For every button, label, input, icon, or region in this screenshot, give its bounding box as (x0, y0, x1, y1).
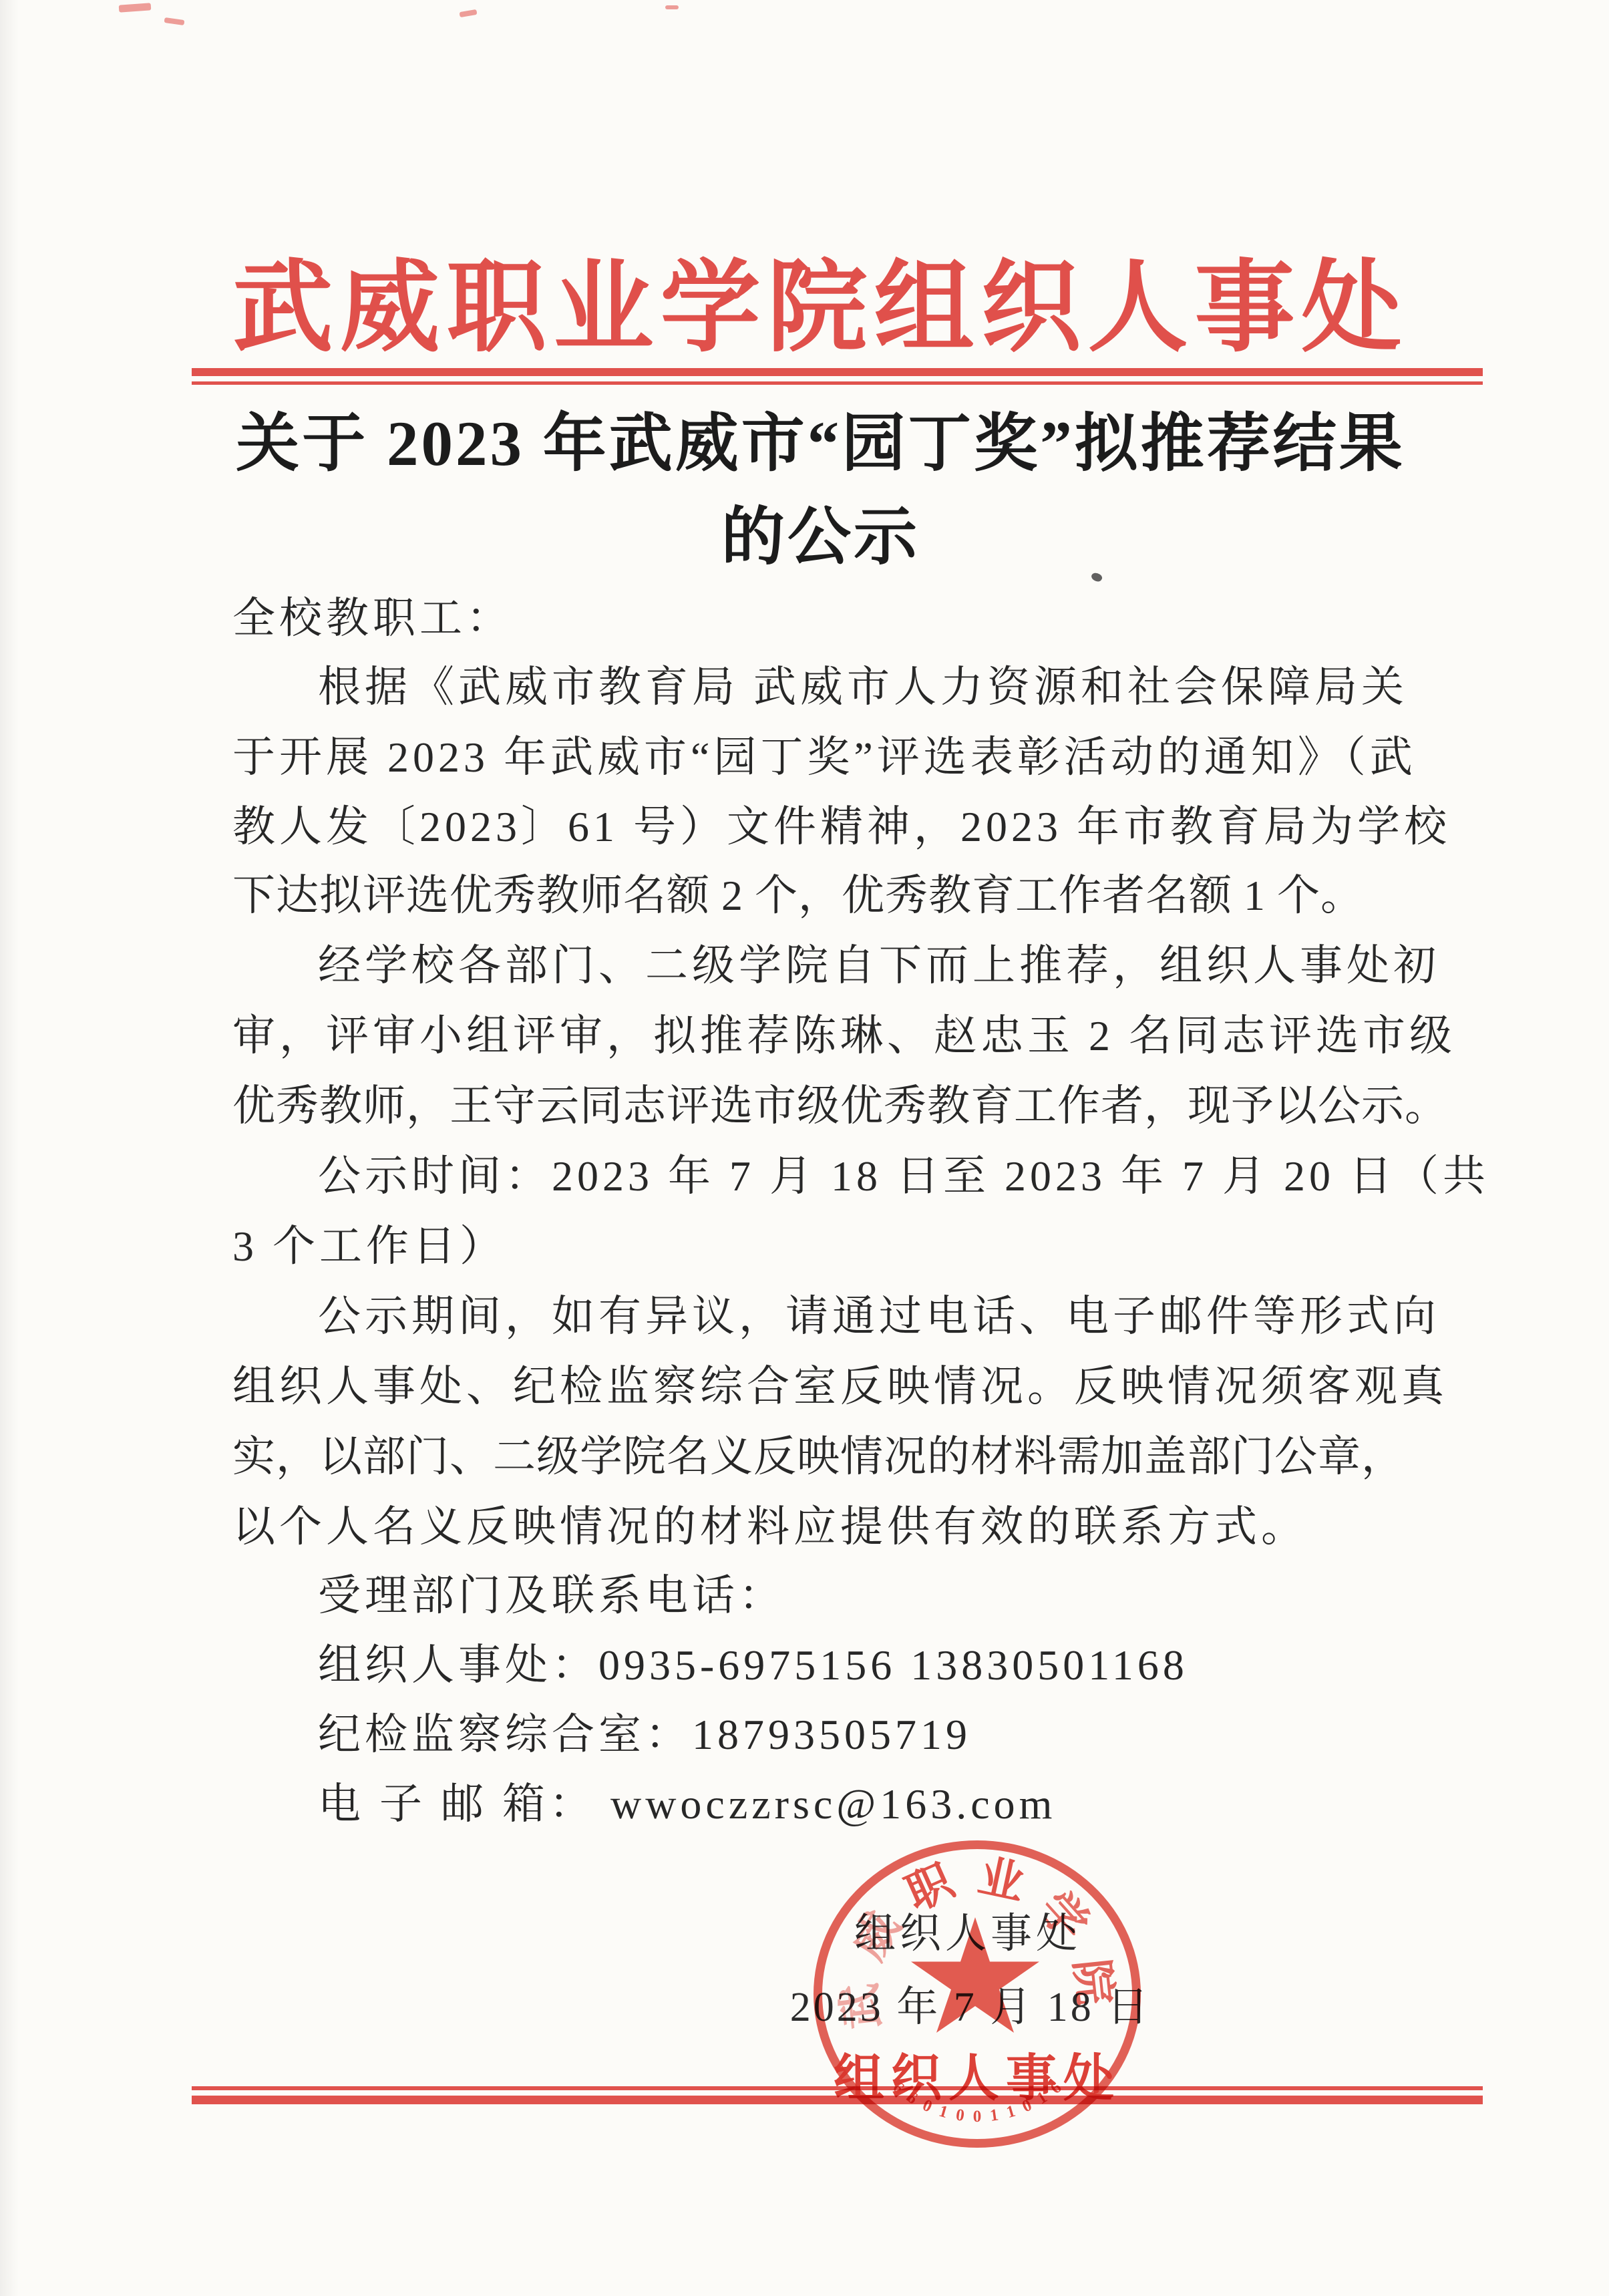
notice-title-line1: 关于 2023 年武威市“园丁奖”拟推荐结果 (16, 409, 1609, 479)
body-line: 3 个工作日） (232, 1222, 1501, 1271)
scan-speck (665, 5, 679, 9)
letterhead-rule-thick (192, 368, 1483, 376)
seal-arc-char: 武 (823, 1981, 892, 2033)
ink-speck (1090, 571, 1103, 584)
seal-arc-char: 业 (973, 1840, 1031, 1913)
body-line: 下达拟评选优秀教师名额 2 个，优秀教育工作者名额 1 个。 (232, 872, 1501, 920)
contact-phone-line: 纪检监察综合室：18793505719 (232, 1711, 1587, 1759)
seal-arc-char: 学 (1027, 1875, 1106, 1952)
body-line: 根据《武威市教育局 武威市人力资源和社会保障局关 (232, 663, 1587, 711)
contact-phone-line: 组织人事处：0935-6975156 13830501168 (232, 1641, 1587, 1689)
contact-heading-line: 受理部门及联系电话： (232, 1572, 1587, 1620)
seal-serial-char: 0 (973, 2108, 982, 2126)
body-line: 优秀教师，王守云同志评选市级优秀教育工作者，现予以公示。 (232, 1082, 1501, 1130)
body-line: 以个人名义反映情况的材料应提供有效的联系方式。 (232, 1503, 1501, 1551)
body-line: 经学校各部门、二级学院自下而上推荐，组织人事处初 (232, 942, 1587, 990)
body-line: 组织人事处、纪检监察综合室反映情况。反映情况须客观真 (232, 1363, 1501, 1411)
body-line: 实，以部门、二级学院名义反映情况的材料需加盖部门公章， (232, 1433, 1501, 1481)
seal-serial-char: 0 (954, 2106, 965, 2125)
seal-arc-char: 威 (834, 1898, 912, 1969)
body-line: 教人发〔2023〕61 号）文件精神，2023 年市教育局为学校 (232, 803, 1501, 851)
notice-title-line2: 的公示 (16, 502, 1609, 572)
body-line: 于开展 2023 年武威市“园丁奖”评选表彰活动的通知》（武 (232, 733, 1501, 782)
scan-speck (164, 17, 185, 25)
contact-email-line: 电 子 邮 箱： wwoczzrsc@163.com (232, 1780, 1587, 1828)
scan-speck (460, 9, 478, 17)
letterhead-rule-thin (192, 381, 1483, 385)
seal-department-label: 组织人事处 (822, 2037, 1132, 2110)
seal-arc-char: 职 (894, 1845, 962, 1923)
body-line: 公示期间，如有异议，请通过电话、电子邮件等形式向 (232, 1293, 1587, 1341)
body-line: 公示时间：2023 年 7 月 18 日至 2023 年 7 月 20 日（共 (232, 1152, 1587, 1200)
salutation-line: 全校教职工： (232, 595, 1501, 643)
scan-speck (119, 3, 152, 12)
letterhead-department-title: 武威职业学院组织人事处 (16, 242, 1609, 375)
official-seal: 武 威 职 业 学 院 组织人事处 6 6 0 1 0 0 1 1 0 1 6 (814, 1840, 1141, 2148)
body-line: 审，评审小组评审，拟推荐陈琳、赵忠玉 2 名同志评选市级 (232, 1012, 1501, 1060)
seal-star-icon (908, 1917, 1042, 2044)
seal-arc-char: 院 (1062, 1955, 1131, 2007)
scanned-notice-page: 武威职业学院组织人事处 关于 2023 年武威市“园丁奖”拟推荐结果 的公示 全… (0, 0, 1609, 2296)
